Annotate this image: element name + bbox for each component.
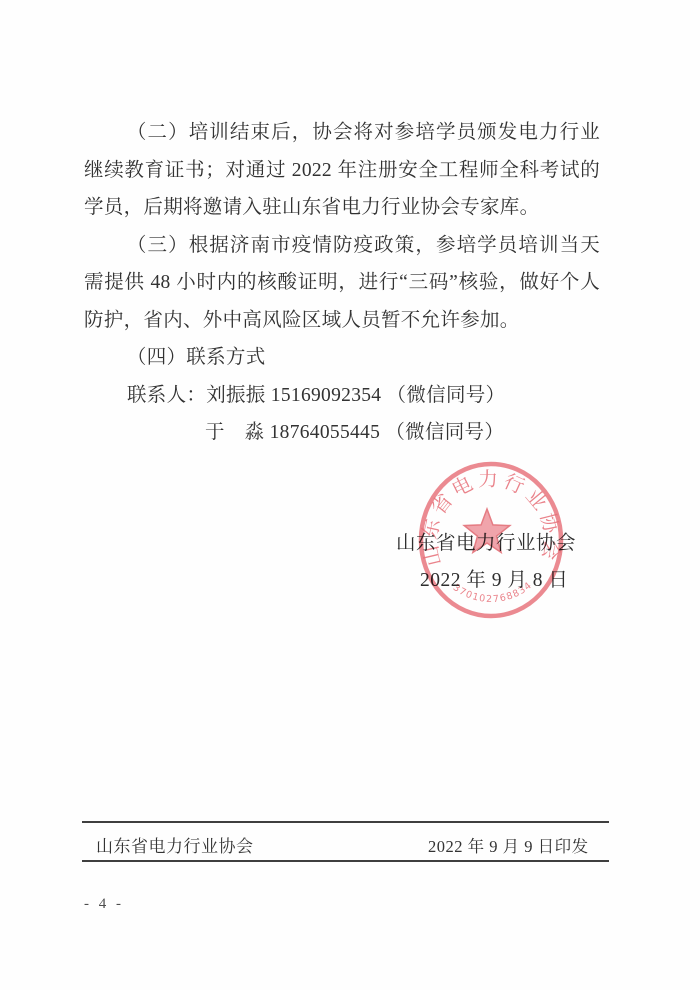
document-page: （二）培训结束后，协会将对参培学员颁发电力行业继续教育证书；对通过 2022 年…: [0, 0, 700, 990]
footer-issue-date: 2022 年 9 月 9 日印发: [428, 833, 589, 857]
paragraph-2: （二）培训结束后，协会将对参培学员颁发电力行业继续教育证书；对通过 2022 年…: [84, 114, 600, 227]
contact-name: 刘振振: [206, 385, 265, 406]
page-number: - 4 -: [84, 896, 124, 913]
document-body: （二）培训结束后，协会将对参培学员颁发电力行业继续教育证书；对通过 2022 年…: [84, 114, 600, 452]
contact-line: 联系人：刘振振 15169092354 （微信同号）: [84, 377, 600, 415]
contact-label: 联系人：: [127, 385, 206, 406]
contact-note: （微信同号）: [385, 422, 504, 443]
paragraph-4-heading: （四）联系方式: [84, 339, 600, 377]
contact-note: （微信同号）: [387, 385, 506, 406]
official-seal: 山东省电力行业协会 3701027688340: [413, 456, 573, 626]
paragraph-3: （三）根据济南市疫情防疫政策，参培学员培训当天需提供 48 小时内的核酸证明，进…: [84, 227, 600, 340]
contact-phone: 18764055445: [270, 422, 381, 443]
contact-name: 于 淼: [205, 422, 264, 443]
footer-divider-top: [82, 821, 609, 823]
footer-divider-bottom: [82, 860, 609, 862]
footer-org: 山东省电力行业协会: [96, 832, 254, 857]
contact-line: 于 淼 18764055445 （微信同号）: [84, 414, 600, 452]
contact-phone: 15169092354: [271, 385, 382, 406]
star-icon: [464, 509, 510, 552]
